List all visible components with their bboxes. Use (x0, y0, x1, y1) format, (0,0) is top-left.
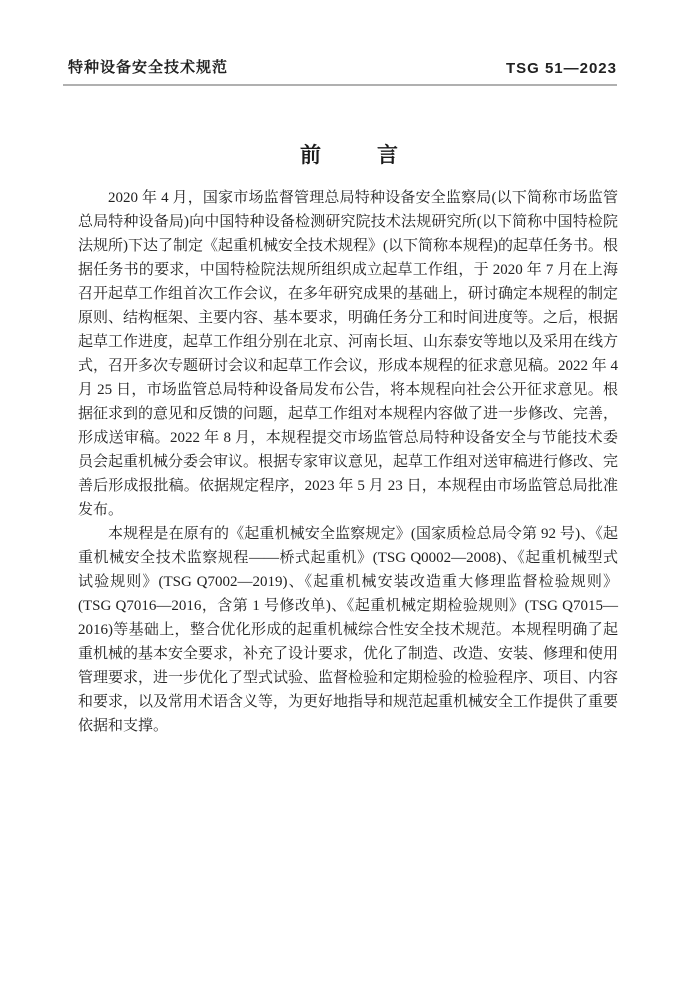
preface-paragraph: 本规程是在原有的《起重机械安全监察规定》(国家质检总局令第 92 号)、《起重机… (78, 522, 618, 738)
page-header: 特种设备安全技术规范 TSG 51—2023 (63, 56, 617, 86)
preface-paragraph: 2020 年 4 月，国家市场监督管理总局特种设备安全监察局(以下简称市场监管总… (78, 186, 618, 522)
header-document-category: 特种设备安全技术规范 (63, 56, 228, 77)
header-document-code: TSG 51—2023 (506, 60, 617, 77)
page-title: 前 言 (0, 139, 700, 169)
document-body: 2020 年 4 月，国家市场监督管理总局特种设备安全监察局(以下简称市场监管总… (78, 186, 618, 738)
